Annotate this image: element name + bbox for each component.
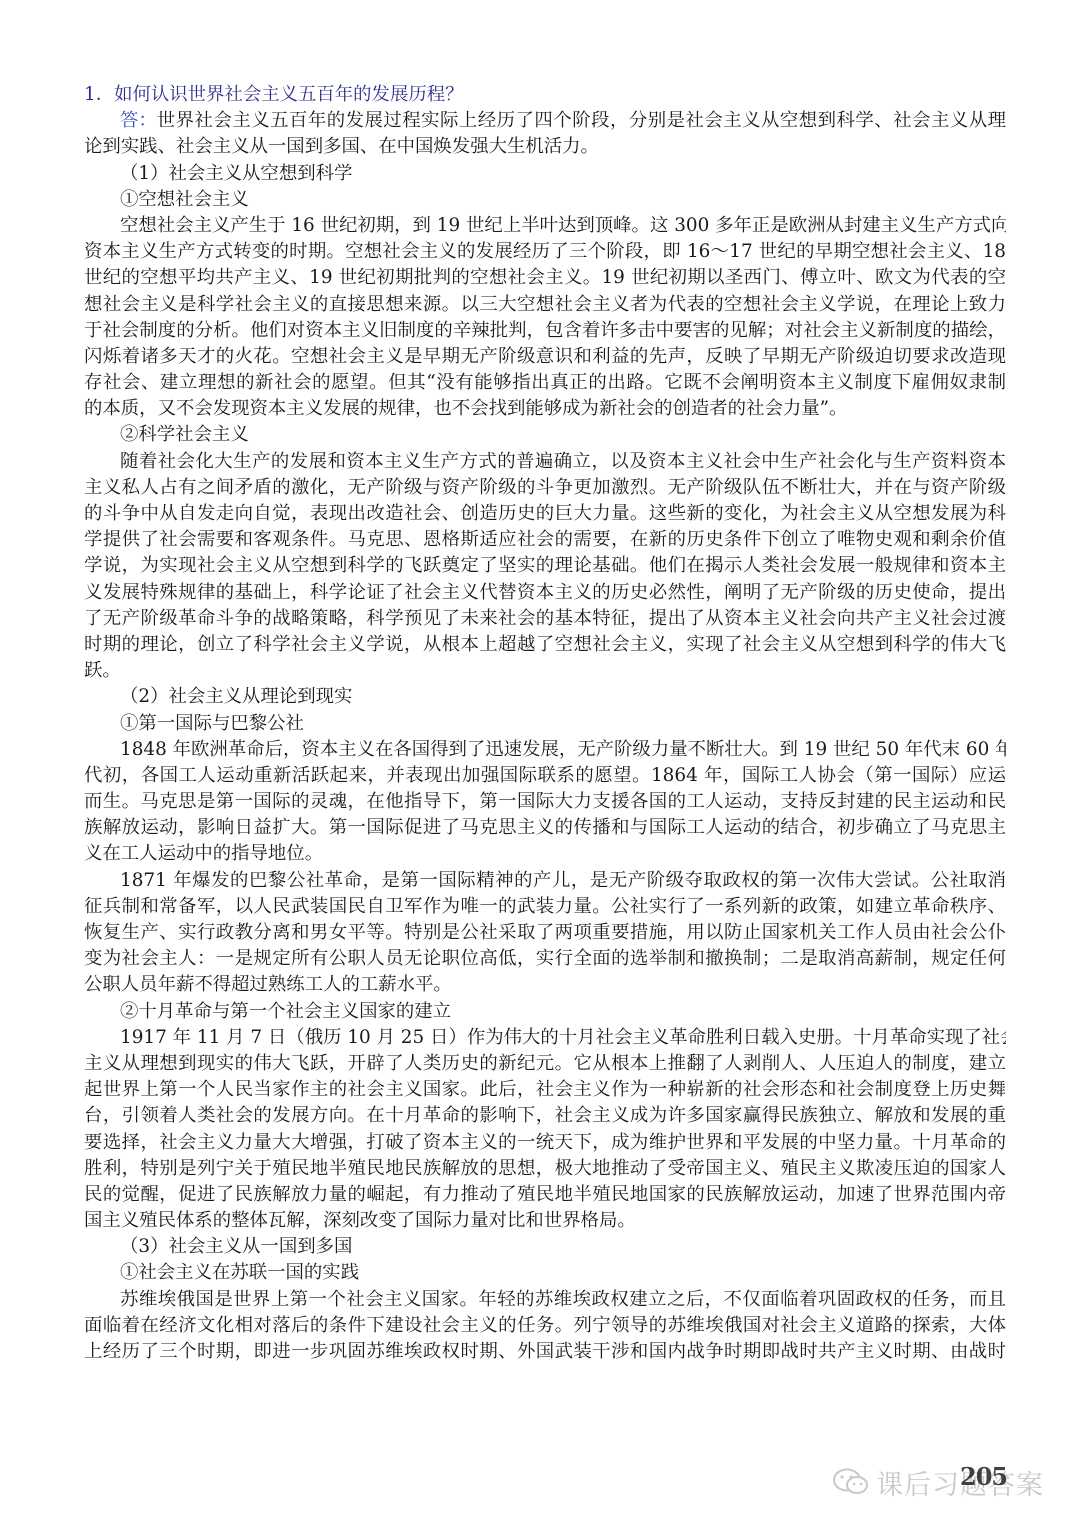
body-line: 的本质，又不会发现资本主义发展的规律，也不会找到能够成为新社会的创造者的社会力量…: [84, 396, 1006, 422]
body-line: 存社会、建立理想的新社会的愿望。但其“没有能够指出真正的出路。它既不会阐明资本主…: [84, 370, 1006, 396]
body-line: 要选择，社会主义力量大大增强，打破了资本主义的一统天下，成为维护世界和平发展的中…: [84, 1130, 1006, 1156]
section-heading: ①空想社会主义: [84, 187, 1006, 213]
body-line: 起世界上第一个人民当家作主的社会主义国家。此后，社会主义作为一种崭新的社会形态和…: [84, 1077, 1006, 1103]
body-line: 族解放运动，影响日益扩大。第一国际促进了马克思主义的传播和与国际工人运动的结合，…: [84, 815, 1006, 841]
section-heading: （1）社会主义从空想到科学: [84, 161, 1006, 187]
body-line: 面临着在经济文化相对落后的条件下建设社会主义的任务。列宁领导的苏维埃俄国对社会主…: [84, 1313, 1006, 1339]
body-line: 民的觉醒，促进了民族解放力量的崛起，有力推动了殖民地半殖民地国家的民族解放运动，…: [84, 1182, 1006, 1208]
answer-text: 世界社会主义五百年的发展过程实际上经历了四个阶段，分别是社会主义从空想到科学、社…: [157, 108, 1006, 134]
body-line: 随着社会化大生产的发展和资本主义生产方式的普遍确立，以及资本主义社会中生产社会化…: [84, 449, 1006, 475]
body-line: 国主义殖民体系的整体瓦解，深刻改变了国际力量对比和世界格局。: [84, 1208, 1006, 1234]
body-line: 于社会制度的分析。他们对资本主义旧制度的辛辣批判，包含着许多击中要害的见解；对社…: [84, 318, 1006, 344]
body-line: 征兵制和常备军，以人民武装国民自卫军作为唯一的武装力量。公社实行了一系列新的政策…: [84, 894, 1006, 920]
body-line: 世纪的空想平均共产主义、19 世纪初期批判的空想社会主义。19 世纪初期以圣西门…: [84, 265, 1006, 291]
section-heading: ①第一国际与巴黎公社: [84, 711, 1006, 737]
section-heading: （2）社会主义从理论到现实: [84, 684, 1006, 710]
body-line: 义在工人运动中的指导地位。: [84, 841, 1006, 867]
body-line: 空想社会主义产生于 16 世纪初期，到 19 世纪上半叶达到顶峰。这 300 多…: [84, 213, 1006, 239]
body-line: 时期的理论，创立了科学社会主义学说，从根本上超越了空想社会主义，实现了社会主义从…: [84, 632, 1006, 658]
body-line: 主义私人占有之间矛盾的激化，无产阶级与资产阶级的斗争更加激烈。无产阶级队伍不断壮…: [84, 475, 1006, 501]
body-line: 代初，各国工人运动重新活跃起来，并表现出加强国际联系的愿望。1864 年，国际工…: [84, 763, 1006, 789]
section-heading: ②科学社会主义: [84, 422, 1006, 448]
body-line: 台，引领着人类社会的发展方向。在十月革命的影响下，社会主义成为许多国家赢得民族独…: [84, 1103, 1006, 1129]
body-line: 1871 年爆发的巴黎公社革命，是第一国际精神的产儿，是无产阶级夺取政权的第一次…: [84, 868, 1006, 894]
body-line: 变为社会主人：一是规定所有公职人员无论职位高低，实行全面的选举制和撤换制；二是取…: [84, 946, 1006, 972]
body-line: 学提供了社会需要和客观条件。马克思、恩格斯适应社会的需要，在新的历史条件下创立了…: [84, 527, 1006, 553]
section-heading: （3）社会主义从一国到多国: [84, 1234, 1006, 1260]
section-heading: ①社会主义在苏联一国的实践: [84, 1260, 1006, 1286]
body-line: 资本主义生产方式转变的时期。空想社会主义的发展经历了三个阶段，即 16～17 世…: [84, 239, 1006, 265]
answer-first-line: 答：世界社会主义五百年的发展过程实际上经历了四个阶段，分别是社会主义从空想到科学…: [84, 108, 1006, 134]
body-line: 1848 年欧洲革命后，资本主义在各国得到了迅速发展，无产阶级力量不断壮大。到 …: [84, 737, 1006, 763]
body-line: 恢复生产、实行政教分离和男女平等。特别是公社采取了两项重要措施，用以防止国家机关…: [84, 920, 1006, 946]
section-heading: ②十月革命与第一个社会主义国家的建立: [84, 999, 1006, 1025]
body-line: 想社会主义是科学社会主义的直接思想来源。以三大空想社会主义者为代表的空想社会主义…: [84, 292, 1006, 318]
question-heading: 1．如何认识世界社会主义五百年的发展历程？: [84, 82, 1006, 108]
body-text: 论到实践、社会主义从一国到多国、在中国焕发强大生机活力。（1）社会主义从空想到科…: [84, 134, 1006, 1365]
body-line: 论到实践、社会主义从一国到多国、在中国焕发强大生机活力。: [84, 134, 1006, 160]
body-line: 学说，为实现社会主义从空想到科学的飞跃奠定了坚实的理论基础。他们在揭示人类社会发…: [84, 553, 1006, 579]
body-line: 跃。: [84, 658, 1006, 684]
body-line: 1917 年 11 月 7 日（俄历 10 月 25 日）作为伟大的十月社会主义…: [84, 1025, 1006, 1051]
body-line: 胜利，特别是列宁关于殖民地半殖民地民族解放的思想，极大地推动了受帝国主义、殖民主…: [84, 1156, 1006, 1182]
answer-label: 答：: [120, 108, 157, 134]
wechat-icon: [832, 1467, 870, 1497]
body-line: 的斗争中从自发走向自觉，表现出改造社会、创造历史的巨大力量。这些新的变化，为社会…: [84, 501, 1006, 527]
body-line: 而生。马克思是第一国际的灵魂，在他指导下，第一国际大力支援各国的工人运动，支持反…: [84, 789, 1006, 815]
watermark: 课后习题答案: [832, 1462, 1044, 1502]
body-line: 主义从理想到现实的伟大飞跃，开辟了人类历史的新纪元。它从根本上推翻了人剥削人、人…: [84, 1051, 1006, 1077]
body-line: 上经历了三个时期，即进一步巩固苏维埃政权时期、外国武装干涉和国内战争时期即战时共…: [84, 1339, 1006, 1365]
body-line: 苏维埃俄国是世界上第一个社会主义国家。年轻的苏维埃政权建立之后，不仅面临着巩固政…: [84, 1287, 1006, 1313]
page-number: 205: [960, 1462, 1007, 1491]
body-line: 公职人员年薪不得超过熟练工人的工薪水平。: [84, 972, 1006, 998]
document-page: 1．如何认识世界社会主义五百年的发展历程？ 答：世界社会主义五百年的发展过程实际…: [84, 82, 1006, 1365]
body-line: 闪烁着诸多天才的火花。空想社会主义是早期无产阶级意识和利益的先声，反映了早期无产…: [84, 344, 1006, 370]
body-line: 义发展特殊规律的基础上，科学论证了社会主义代替资本主义的历史必然性，阐明了无产阶…: [84, 580, 1006, 606]
body-line: 了无产阶级革命斗争的战略策略，科学预见了未来社会的基本特征，提出了从资本主义社会…: [84, 606, 1006, 632]
